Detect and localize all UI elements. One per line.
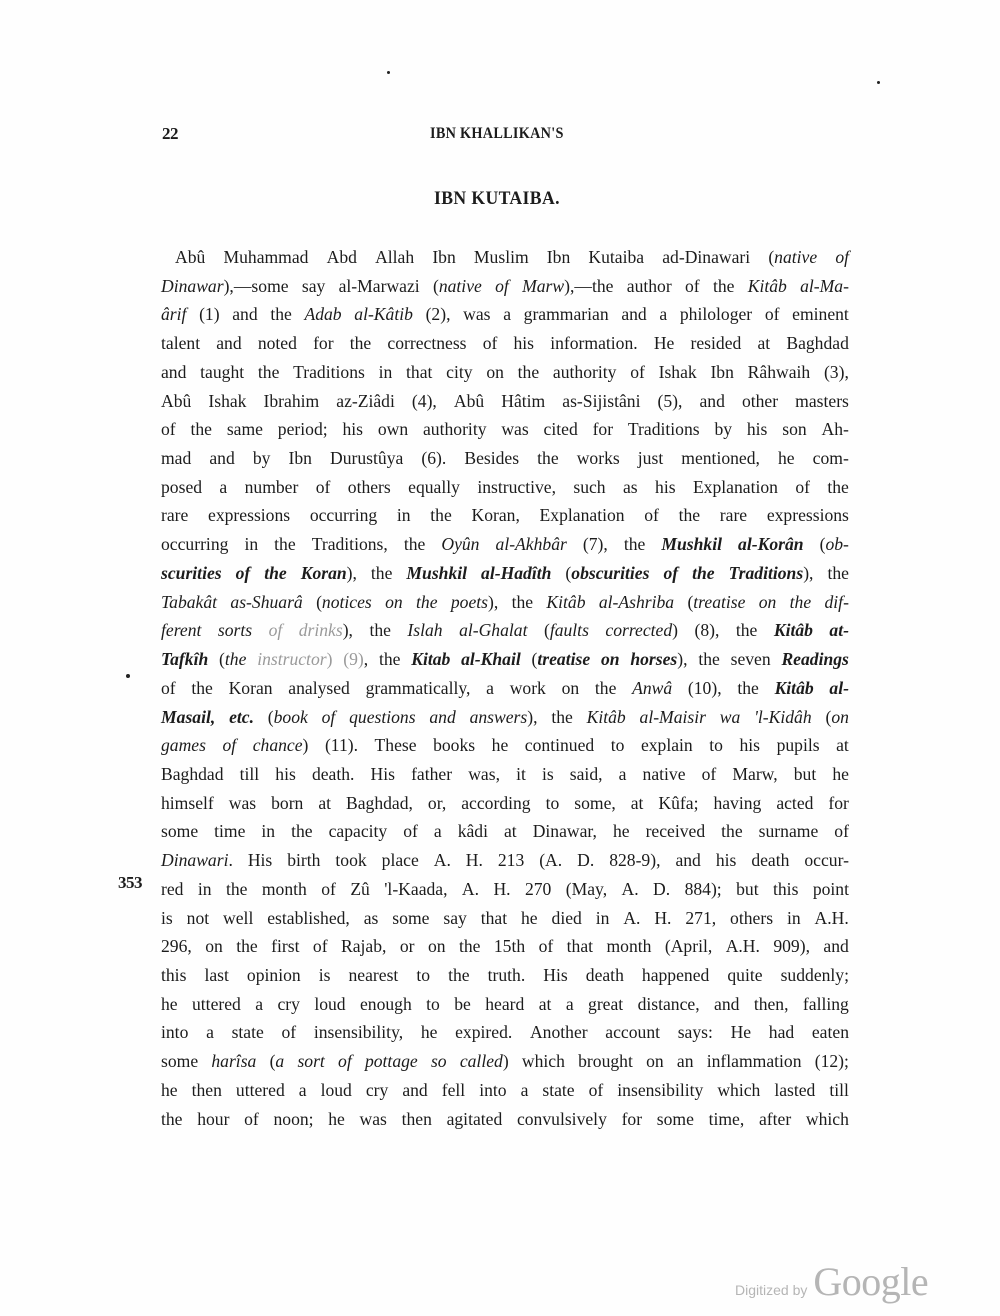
word: a xyxy=(619,760,627,789)
word: such xyxy=(573,473,605,502)
word: for xyxy=(622,1105,643,1134)
text-line: Tabakâtas-Shuarâ(noticesonthepoets),theK… xyxy=(161,588,849,617)
word: of xyxy=(313,932,328,961)
running-header: 22 IBN KHALLIKAN'S xyxy=(0,124,1000,148)
word: Abû xyxy=(175,243,205,272)
word: Readings xyxy=(781,645,848,674)
word: Oyûn xyxy=(441,530,479,559)
word: Abû xyxy=(454,387,484,416)
word: of xyxy=(539,932,554,961)
word: that xyxy=(567,932,593,961)
word: the xyxy=(713,272,735,301)
word: this xyxy=(161,961,186,990)
text-line: andtaughttheTraditionsinthatcityontheaut… xyxy=(161,358,849,387)
word: an xyxy=(677,1047,694,1076)
word: A. xyxy=(623,904,640,933)
word: and xyxy=(700,387,725,416)
word: in xyxy=(244,530,258,559)
word: Kitâb xyxy=(587,703,626,732)
word: a xyxy=(255,990,263,1019)
word: questions xyxy=(349,703,415,732)
word: al-Hadîth xyxy=(481,559,551,588)
word: a xyxy=(521,1076,529,1105)
word: of xyxy=(269,616,283,645)
word: to xyxy=(546,789,560,818)
word: Kitâb xyxy=(775,674,814,703)
word: some xyxy=(161,817,198,846)
word: 828-9), xyxy=(609,846,660,875)
word: first xyxy=(271,932,299,961)
word: number xyxy=(245,473,299,502)
word: or, xyxy=(428,789,446,818)
word: as xyxy=(364,904,379,933)
word: equally xyxy=(408,473,460,502)
word: but xyxy=(794,760,816,789)
word: the xyxy=(258,358,280,387)
word: Traditions xyxy=(293,358,365,387)
word: the xyxy=(379,645,401,674)
google-logo-text: Google xyxy=(813,1258,928,1305)
word: Traditions xyxy=(628,415,700,444)
word: (notices xyxy=(316,588,372,617)
word: of xyxy=(765,300,780,329)
word: he xyxy=(161,990,178,1019)
word: native xyxy=(643,760,686,789)
word: al-Khail xyxy=(461,645,521,674)
text-line: sometimeinthecapacityofakâdiatDinawar,he… xyxy=(161,817,849,846)
word: as-Shuarâ xyxy=(230,588,302,617)
word: Adab xyxy=(304,300,341,329)
word: Islah xyxy=(407,616,442,645)
word: continued xyxy=(525,731,594,760)
word: (9), xyxy=(343,645,368,674)
word: he xyxy=(521,904,538,933)
word: and xyxy=(402,1076,427,1105)
word: on xyxy=(562,674,580,703)
word: at xyxy=(504,817,517,846)
word: was xyxy=(360,1105,387,1134)
margin-dot-mark xyxy=(126,674,130,678)
text-line: AbûIshakIbrahimaz-Ziâdi(4),AbûHâtimas-Si… xyxy=(161,387,849,416)
word: the xyxy=(291,817,313,846)
word: (6). xyxy=(421,444,446,473)
word: 909), xyxy=(773,932,810,961)
word: took xyxy=(335,846,366,875)
word: on xyxy=(601,645,620,674)
word: Ishak xyxy=(208,387,246,416)
word: resided xyxy=(691,329,742,358)
word: the xyxy=(350,329,372,358)
word: say xyxy=(443,904,466,933)
word: a xyxy=(299,1076,307,1105)
word: city xyxy=(446,358,472,387)
word: a xyxy=(486,674,494,703)
word: A. xyxy=(622,875,639,904)
word: cited xyxy=(544,415,578,444)
word: the xyxy=(264,559,286,588)
text-line: madandbyIbnDurustûya(6).Besidestheworksj… xyxy=(161,444,849,473)
word: Traditions, xyxy=(312,530,388,559)
word: Baghdad xyxy=(786,329,849,358)
word: Dinawar, xyxy=(533,817,597,846)
word: on xyxy=(385,588,403,617)
word: taught xyxy=(200,358,244,387)
word: (ob- xyxy=(820,530,849,559)
word: the xyxy=(226,875,248,904)
word: he xyxy=(613,817,630,846)
word: eminent xyxy=(792,300,849,329)
word: others xyxy=(730,904,773,933)
word: and xyxy=(675,846,700,875)
word: and xyxy=(714,990,739,1019)
word: was, xyxy=(468,760,500,789)
word: sort xyxy=(297,1047,324,1076)
word: (1) xyxy=(199,300,220,329)
word: birth xyxy=(287,846,320,875)
word: fell xyxy=(442,1076,465,1105)
word: and xyxy=(216,329,241,358)
word: the xyxy=(624,530,646,559)
word: A.H. xyxy=(815,904,849,933)
word: red xyxy=(161,875,183,904)
word: this xyxy=(773,875,798,904)
word: on xyxy=(759,588,777,617)
word: he xyxy=(161,1076,178,1105)
word: Besides xyxy=(464,444,519,473)
word: had xyxy=(769,1018,794,1047)
text-line: rareexpressionsoccurringintheKoran,Expla… xyxy=(161,501,849,530)
word: He xyxy=(654,329,675,358)
word: of xyxy=(495,272,509,301)
word: Explanation xyxy=(540,501,625,530)
word: rare xyxy=(720,501,747,530)
word: the xyxy=(679,501,701,530)
word: expressions xyxy=(208,501,290,530)
word: others xyxy=(348,473,391,502)
word: pupils xyxy=(777,731,820,760)
text-line: thislastopinionisnearesttothetruth.Hisde… xyxy=(161,961,849,990)
running-title: IBN KHALLIKAN'S xyxy=(430,125,564,143)
word: his xyxy=(747,415,768,444)
word: time xyxy=(214,817,245,846)
word: so xyxy=(431,1047,447,1076)
word: and xyxy=(621,300,646,329)
word: of xyxy=(630,358,645,387)
word: al-Ma- xyxy=(800,272,849,301)
word: Ah- xyxy=(822,415,849,444)
word: Allah xyxy=(375,243,414,272)
word: dif- xyxy=(825,588,849,617)
word: that xyxy=(481,904,507,933)
word: H. xyxy=(466,846,483,875)
word: time, xyxy=(709,1105,745,1134)
text-line: intoastateofinsensibility,heexpired.Anot… xyxy=(161,1018,849,1047)
word: az-Ziâdi xyxy=(336,387,395,416)
word: Ibn xyxy=(547,243,570,272)
word: by xyxy=(714,415,732,444)
word: death. xyxy=(312,760,355,789)
word: Another xyxy=(530,1018,588,1047)
word: poets), xyxy=(451,588,498,617)
word: say xyxy=(302,272,325,301)
word: authority xyxy=(553,358,617,387)
word: Râhwaih xyxy=(748,358,811,387)
word: nearest xyxy=(349,961,399,990)
word: author xyxy=(627,272,672,301)
word: the xyxy=(236,932,258,961)
word: on xyxy=(205,932,223,961)
word: scurities xyxy=(161,559,222,588)
word: at xyxy=(757,329,770,358)
word: to xyxy=(611,731,625,760)
word: of xyxy=(244,1105,259,1134)
word: which xyxy=(522,1047,565,1076)
text-line: isnotwellestablished,assomesaythathedied… xyxy=(161,904,849,933)
word: month xyxy=(606,932,651,961)
word: al-Kâtib xyxy=(354,300,413,329)
margin-page-reference: 353 xyxy=(118,873,142,893)
word: ad-Dinawari xyxy=(662,243,750,272)
text-line: Tafkîh(theinstructor)(9),theKitabal-Khai… xyxy=(161,645,849,674)
word: of xyxy=(795,473,810,502)
word: His xyxy=(371,760,395,789)
word: the xyxy=(537,444,559,473)
word: al-Maisir xyxy=(640,703,706,732)
text-line: Baghdadtillhisdeath.Hisfatherwas,itissai… xyxy=(161,760,849,789)
article-title: IBN KUTAIBA. xyxy=(434,188,560,210)
word: it xyxy=(516,760,526,789)
word: of xyxy=(321,875,336,904)
word: rare xyxy=(161,501,188,530)
word: Abd xyxy=(327,243,357,272)
word: at xyxy=(318,789,331,818)
word: Baghdad, xyxy=(346,789,413,818)
digitized-by-google-watermark: Digitized by Google xyxy=(735,1258,928,1305)
word: kâdi xyxy=(458,817,488,846)
word: H. xyxy=(493,875,510,904)
word: Kutaiba xyxy=(588,243,644,272)
word: of xyxy=(685,272,700,301)
word: grammatically, xyxy=(366,674,471,703)
word: horses), xyxy=(630,645,687,674)
word: the xyxy=(595,674,617,703)
word: he xyxy=(421,1018,438,1047)
word: some, xyxy=(574,789,616,818)
word: is xyxy=(319,961,331,990)
word: grammarian xyxy=(524,300,609,329)
word: expressions xyxy=(767,501,849,530)
word: (5), xyxy=(658,387,683,416)
word: for xyxy=(313,329,334,358)
word: was xyxy=(501,415,528,444)
word: the xyxy=(161,1105,183,1134)
word: state xyxy=(232,1018,264,1047)
word: then, xyxy=(754,990,789,1019)
word: as xyxy=(623,473,638,502)
word: month xyxy=(262,875,307,904)
word: of xyxy=(338,1047,352,1076)
word: last xyxy=(204,961,228,990)
word: mad xyxy=(161,444,191,473)
word: al- xyxy=(829,674,849,703)
word: eaten xyxy=(812,1018,849,1047)
word: (7), xyxy=(583,530,608,559)
word: is xyxy=(161,904,173,933)
word: was xyxy=(463,300,490,329)
word: distance, xyxy=(638,990,700,1019)
word: wa xyxy=(720,703,741,732)
text-line: occurringintheTraditions,theOyûnal-Akhbâ… xyxy=(161,530,849,559)
text-line: gamesofchance)(11).Thesebookshecontinued… xyxy=(161,731,849,760)
word: He xyxy=(731,1018,752,1047)
word: of xyxy=(322,703,336,732)
text-line: ofthesameperiod;hisownauthoritywascitedf… xyxy=(161,415,849,444)
text-line: redinthemonthofZû'l-Kaada,A.H.270(May,A.… xyxy=(161,875,849,904)
word: the xyxy=(551,703,573,732)
word: (May, xyxy=(566,875,607,904)
word: Durustûya xyxy=(330,444,403,473)
word: noted xyxy=(258,329,297,358)
word: Ibrahim xyxy=(264,387,320,416)
word: Kûfa; xyxy=(658,789,698,818)
word: 213 xyxy=(498,846,524,875)
word: ârif xyxy=(161,300,186,329)
word: (3), xyxy=(824,358,849,387)
word: expired. xyxy=(455,1018,512,1047)
word: (the xyxy=(219,645,246,674)
word: the xyxy=(827,473,849,502)
word: for xyxy=(828,789,849,818)
word: hour xyxy=(197,1105,229,1134)
word: opinion xyxy=(247,961,301,990)
text-line: posedanumberofothersequallyinstructive,s… xyxy=(161,473,849,502)
word: Zû xyxy=(350,875,370,904)
word: at xyxy=(539,990,552,1019)
word: capacity xyxy=(329,817,388,846)
word: 15th xyxy=(494,932,525,961)
word: convulsively xyxy=(517,1105,607,1134)
word: and xyxy=(823,932,848,961)
word: Koran, xyxy=(471,501,519,530)
word: 296, xyxy=(161,932,192,961)
word: inflammation xyxy=(707,1047,802,1076)
word: sorts xyxy=(218,616,252,645)
word: (treatise xyxy=(687,588,745,617)
word: noon; xyxy=(273,1105,313,1134)
word: of xyxy=(644,501,659,530)
word: the xyxy=(698,645,720,674)
word: Koran), xyxy=(301,559,357,588)
word: Rajab, xyxy=(341,932,386,961)
word: Marw, xyxy=(732,760,777,789)
word: talent xyxy=(161,329,200,358)
word: of xyxy=(834,817,849,846)
word: Kitab xyxy=(411,645,450,674)
word: chance) xyxy=(253,731,309,760)
word: com- xyxy=(813,444,849,473)
word: Muslim xyxy=(474,243,529,272)
word: drinks), xyxy=(299,616,353,645)
word: state xyxy=(542,1076,574,1105)
word: a xyxy=(503,300,511,329)
word: Dinawari. xyxy=(161,846,233,875)
word: the xyxy=(274,530,296,559)
word: for xyxy=(593,415,614,444)
word: in xyxy=(787,904,801,933)
word: Mushkil xyxy=(406,559,467,588)
word: A. xyxy=(462,875,479,904)
word: a xyxy=(219,473,227,502)
word: some xyxy=(657,1105,694,1134)
word: agitated xyxy=(447,1105,503,1134)
word: Kitâb xyxy=(774,616,813,645)
word: other xyxy=(742,387,778,416)
page-number: 22 xyxy=(162,124,178,144)
word: the xyxy=(404,530,426,559)
word: work xyxy=(510,674,546,703)
word: Tabakât xyxy=(161,588,217,617)
word: the xyxy=(459,932,481,961)
word: Abû xyxy=(161,387,191,416)
word: heard xyxy=(485,990,524,1019)
word: in xyxy=(397,501,411,530)
word: (A. xyxy=(539,846,562,875)
word: that xyxy=(406,358,432,387)
word: well xyxy=(223,904,253,933)
word: These xyxy=(375,731,417,760)
word: said, xyxy=(570,760,603,789)
word: falling xyxy=(803,990,849,1019)
word: his xyxy=(716,846,737,875)
word: instructive, xyxy=(477,473,556,502)
word: says: xyxy=(678,1018,713,1047)
text-line: Masail,etc.(bookofquestionsandanswers),t… xyxy=(161,703,849,732)
word: of xyxy=(236,559,251,588)
word: he xyxy=(832,760,849,789)
word: the xyxy=(692,559,714,588)
word: of xyxy=(223,731,237,760)
word: Kitâb xyxy=(748,272,787,301)
word: and xyxy=(232,300,257,329)
word: the xyxy=(736,616,758,645)
word: (native xyxy=(433,272,482,301)
word: to xyxy=(426,990,440,1019)
word: mentioned, xyxy=(681,444,760,473)
word: till xyxy=(829,1076,849,1105)
word: period; xyxy=(278,415,328,444)
word: born xyxy=(271,789,303,818)
word: of xyxy=(282,1018,297,1047)
word: enough xyxy=(360,990,412,1019)
word: works xyxy=(577,444,620,473)
word: death xyxy=(586,961,624,990)
word: quite xyxy=(727,961,762,990)
article-body: AbûMuhammadAbdAllahIbnMuslimIbnKutaibaad… xyxy=(161,243,849,1133)
word: account xyxy=(605,1018,660,1047)
word: ferent xyxy=(161,616,201,645)
word: in xyxy=(198,875,212,904)
text-line: himselfwasbornatBaghdad,or,accordingtoso… xyxy=(161,789,849,818)
watermark-prefix: Digitized by xyxy=(735,1282,807,1298)
word: pottage xyxy=(365,1047,418,1076)
word: but xyxy=(736,875,758,904)
word: the xyxy=(430,501,452,530)
word: seven xyxy=(731,645,771,674)
word: of xyxy=(702,760,717,789)
word: himself xyxy=(161,789,214,818)
word: cry xyxy=(366,1076,388,1105)
word: His xyxy=(248,846,272,875)
